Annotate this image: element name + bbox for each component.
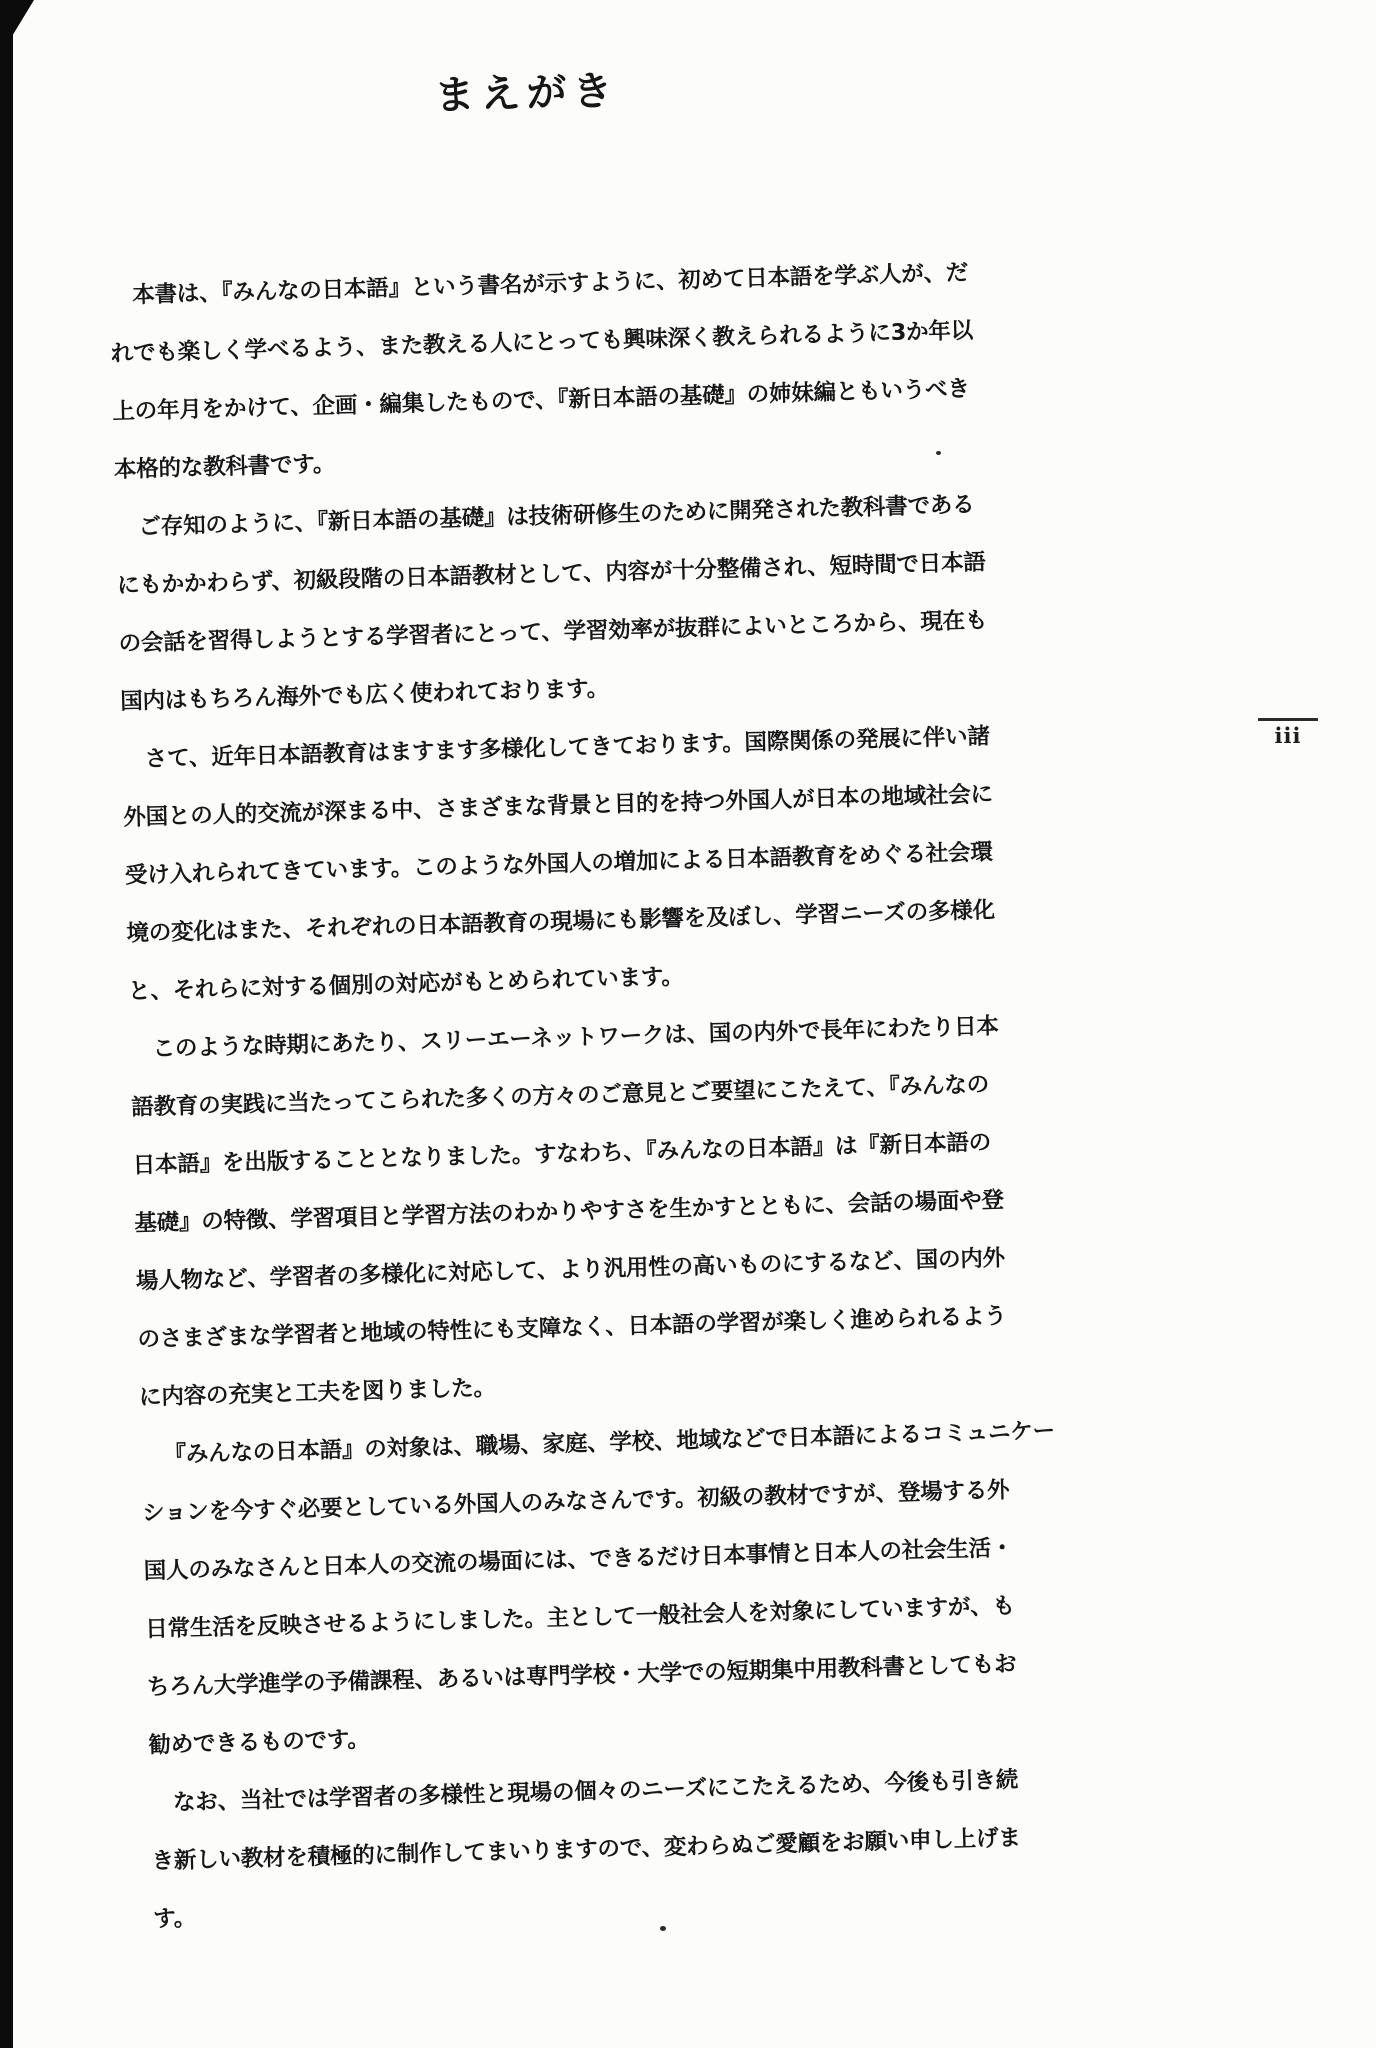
page-number-rule [1258, 718, 1318, 721]
scan-speck [936, 451, 941, 455]
page-number: iii [1256, 723, 1320, 748]
page-number-block: iii [1256, 718, 1320, 748]
scan-speck [660, 1926, 666, 1931]
page-title: まえがき [103, 58, 949, 129]
scanned-book-page: まえがき 本書は、『みんなの日本語』という書名が示すように、初めて日本語を学ぶ人… [0, 0, 1376, 2048]
scan-edge-artifact [0, 0, 13, 2048]
scan-corner-artifact [0, 0, 34, 56]
preface-content: まえがき 本書は、『みんなの日本語』という書名が示すように、初めて日本語を学ぶ人… [103, 58, 998, 1948]
preface-paragraphs: 本書は、『みんなの日本語』という書名が示すように、初めて日本語を学ぶ人が、だれで… [109, 244, 999, 1948]
